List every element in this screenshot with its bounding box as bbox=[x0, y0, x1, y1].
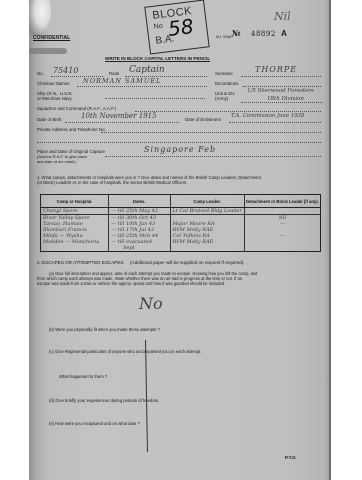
dob-label: Date of Birth bbox=[37, 117, 61, 122]
cell-camp bbox=[41, 245, 109, 252]
decorations-line bbox=[243, 86, 321, 87]
ink-smudge bbox=[29, 48, 67, 54]
enlistment-label: Date of Enlistment bbox=[185, 117, 221, 122]
surname-label: Surname bbox=[215, 71, 233, 76]
unit-line bbox=[241, 102, 323, 103]
ship-label-2: or Merchant Navy bbox=[37, 96, 72, 101]
christian-names-value: NORMAN SAMUEL bbox=[83, 77, 161, 85]
block-stamp: BLOCK No B.A. 58 bbox=[144, 0, 209, 54]
section2e-question: (e) How were you recaptured and on what … bbox=[49, 421, 140, 426]
section1-question-line2: (or Block) Leaders or, in the case of ho… bbox=[37, 180, 187, 185]
stamp-no: No bbox=[153, 23, 163, 31]
squadron-line bbox=[135, 111, 321, 112]
capture-label-3: and date of a/c crash) bbox=[37, 159, 76, 164]
cell-dates: Sept bbox=[108, 245, 170, 252]
document-page: CONFIDENTIAL BLOCK No B.A. 58 M.I. 9/3AP… bbox=[29, 0, 331, 480]
ship-line bbox=[105, 98, 205, 99]
christian-names-label: Christian Names bbox=[37, 81, 69, 86]
rank-value: Captain bbox=[129, 65, 165, 75]
christian-names-line bbox=[77, 86, 207, 87]
surname-value: THORPE bbox=[255, 65, 297, 74]
address-line-2 bbox=[37, 142, 321, 143]
section2d-question: (d) Give briefly your experiences during… bbox=[49, 398, 159, 403]
rank-label: Rank bbox=[109, 71, 119, 76]
header-camp-leader: Camp Leader. bbox=[170, 195, 244, 208]
header-camp: Camp or Hospital. bbox=[41, 195, 109, 208]
form-suffix: A bbox=[281, 31, 287, 36]
page-edge bbox=[329, 0, 331, 480]
dob-value: 10th November 1915 bbox=[81, 112, 157, 120]
paper-clip-shadow bbox=[29, 0, 51, 36]
decorations-label: Decorations bbox=[215, 81, 238, 86]
handwritten-nil: Nil bbox=[274, 10, 291, 23]
camps-table: Camp or Hospital. Dates. Camp Leader. De… bbox=[40, 194, 321, 252]
form-number: 48892 bbox=[251, 32, 276, 37]
capture-value: Singapore Feb bbox=[144, 145, 216, 154]
unit-value-1: 1/5 Sherwood Foresters bbox=[247, 88, 314, 94]
cell-camp: Changi Spore bbox=[41, 208, 109, 215]
dob-line bbox=[65, 122, 179, 123]
section2a-line3: escape was made from a train or vehicle … bbox=[37, 281, 225, 286]
number-label: № bbox=[232, 31, 241, 36]
form-reference: M.I. 9/3AP. bbox=[216, 35, 233, 40]
cell-camp-leader bbox=[170, 245, 244, 252]
unit-label-2: (Army) bbox=[215, 96, 228, 101]
address-label: Private Address and Telephone No. bbox=[37, 127, 106, 132]
instruction-heading: WRITE IN BLOCK CAPITAL LETTERS IN PENCIL bbox=[105, 56, 210, 62]
capture-line bbox=[105, 156, 321, 157]
enlistment-line bbox=[229, 122, 321, 123]
section2c-followup: What happened to them ? bbox=[59, 374, 107, 379]
cell-camp: Mokden — Manchuria bbox=[41, 239, 109, 245]
header-dates: Dates. bbox=[108, 195, 170, 208]
confidential-label: CONFIDENTIAL bbox=[33, 36, 70, 41]
address-line-1 bbox=[101, 132, 321, 133]
cell-detachment-leader bbox=[244, 208, 320, 215]
section2-title: 2. ESCAPES OR ATTEMPTED ESCAPES. bbox=[37, 260, 125, 265]
pto-label: P.T.O. bbox=[285, 455, 297, 460]
enlistment-value: T.A. Commission June 1938 bbox=[231, 113, 304, 119]
section2-note: (Additional paper will be supplied on re… bbox=[130, 260, 245, 265]
stamp-number: 58 bbox=[167, 14, 195, 41]
header-detachment-leader: Detachment or Block Leader (if any). bbox=[244, 195, 320, 208]
section2c-question: (c) Give Regimental particulars of anyon… bbox=[49, 349, 201, 354]
section2-heading: 2. ESCAPES OR ATTEMPTED ESCAPES. (Additi… bbox=[37, 260, 245, 265]
pen-stroke bbox=[145, 340, 148, 452]
table-row: Sept bbox=[41, 245, 321, 252]
section2b-question: (b) Were you physically fit when you mad… bbox=[49, 327, 160, 332]
no-label: No. bbox=[37, 71, 44, 76]
squadron-label: Squadron and Command (R.A.F., A.A.F.) bbox=[37, 106, 116, 111]
cell-detachment-leader bbox=[244, 245, 320, 252]
table-row: Changi Spore — till 25th May 42 Lt Col B… bbox=[41, 208, 321, 215]
cell-dates: — till 25th May 42 bbox=[108, 208, 170, 215]
no-value: 75410 bbox=[53, 66, 78, 75]
surname-line bbox=[241, 76, 321, 77]
cell-camp-leader: Lt Col Bruised Bldg Leader bbox=[170, 208, 244, 215]
section2a-answer: No bbox=[139, 294, 163, 313]
